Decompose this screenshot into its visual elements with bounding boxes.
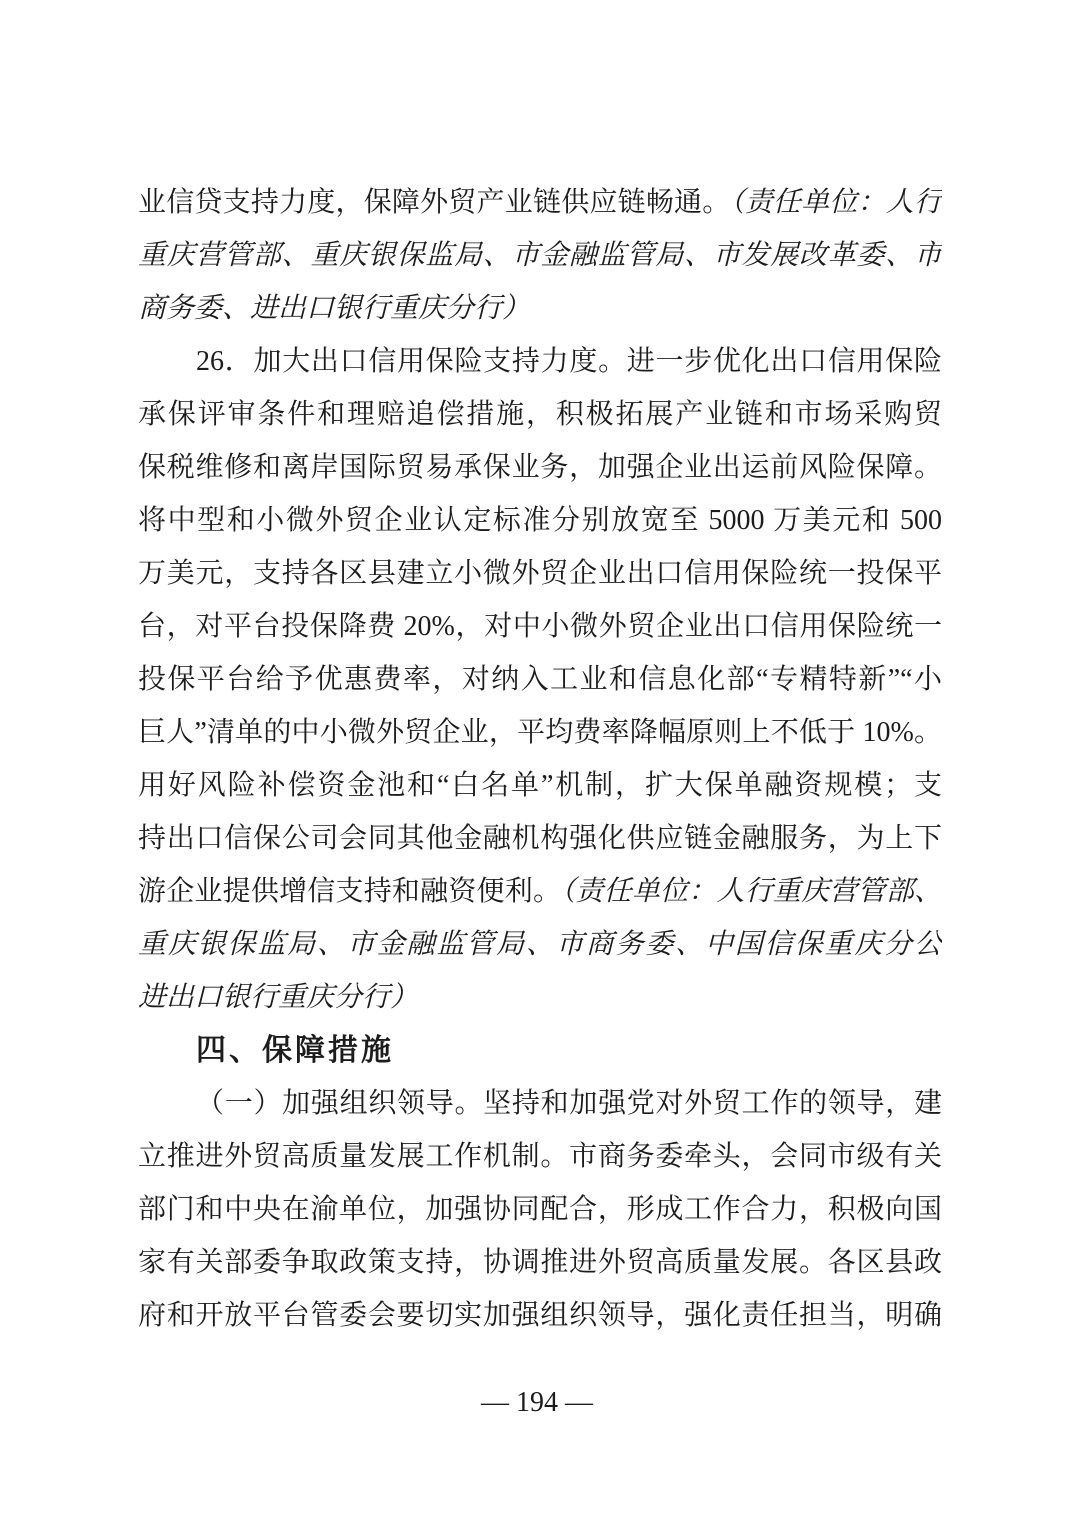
text-segment: 巨人”清单的中小微外贸企业，平均费率降幅原则上不低于 10%。 <box>138 717 942 748</box>
text-segment: 家有关部委争取政策支持，协调推进外贸高质量发展。各区县政 <box>138 1247 942 1278</box>
text-line: 商务委、进出口银行重庆分行） <box>138 282 942 335</box>
text-segment: （一）加强组织领导。坚持和加强党对外贸工作的领导，建 <box>196 1088 942 1119</box>
text-segment: 承保评审条件和理赔追偿措施，积极拓展产业链和市场采购贸易、 <box>138 399 942 441</box>
text-line: 进出口银行重庆分行） <box>138 971 942 1024</box>
text-line: 游企业提供增信支持和融资便利。（责任单位：人行重庆营管部、 <box>138 865 942 918</box>
document-page: 业信贷支持力度，保障外贸产业链供应链畅通。（责任单位：人行重庆营管部、重庆银保监… <box>0 0 1074 1520</box>
text-segment: 重庆银保监局、市金融监管局、市商务委、中国信保重庆分公司、 <box>138 929 942 971</box>
text-segment: 将中型和小微外贸企业认定标准分别放宽至 5000 万美元和 500 <box>138 505 942 536</box>
text-line: 保税维修和离岸国际贸易承保业务，加强企业出运前风险保障。 <box>138 441 942 494</box>
text-line: 用好风险补偿资金池和“白名单”机制，扩大保单融资规模；支 <box>138 759 942 812</box>
text-line: 巨人”清单的中小微外贸企业，平均费率降幅原则上不低于 10%。 <box>138 706 942 759</box>
text-segment: 台，对平台投保降费 20%，对中小微外贸企业出口信用保险统一 <box>138 611 942 642</box>
text-line: 家有关部委争取政策支持，协调推进外贸高质量发展。各区县政 <box>138 1236 942 1289</box>
text-line: 部门和中央在渝单位，加强协同配合，形成工作合力，积极向国 <box>138 1183 942 1236</box>
text-line: 重庆营管部、重庆银保监局、市金融监管局、市发展改革委、市 <box>138 229 942 282</box>
text-line: （一）加强组织领导。坚持和加强党对外贸工作的领导，建 <box>138 1077 942 1130</box>
text-line: 四、保障措施 <box>138 1024 942 1077</box>
text-segment: （责任单位：人行重庆营管部、 <box>561 876 942 907</box>
text-segment: 部门和中央在渝单位，加强协同配合，形成工作合力，积极向国 <box>138 1194 942 1225</box>
text-line: 重庆银保监局、市金融监管局、市商务委、中国信保重庆分公司、 <box>138 918 942 971</box>
text-line: 承保评审条件和理赔追偿措施，积极拓展产业链和市场采购贸易、 <box>138 388 942 441</box>
text-line: 持出口信保公司会同其他金融机构强化供应链金融服务，为上下 <box>138 812 942 865</box>
text-line: 台，对平台投保降费 20%，对中小微外贸企业出口信用保险统一 <box>138 600 942 653</box>
text-segment: 万美元，支持各区县建立小微外贸企业出口信用保险统一投保平 <box>138 558 942 589</box>
text-line: 26．加大出口信用保险支持力度。进一步优化出口信用保险 <box>138 335 942 388</box>
text-segment: 重庆营管部、重庆银保监局、市金融监管局、市发展改革委、市 <box>138 240 942 271</box>
text-line: 府和开放平台管委会要切实加强组织领导，强化责任担当，明确 <box>138 1289 942 1342</box>
text-segment: 26．加大出口信用保险支持力度。进一步优化出口信用保险 <box>196 346 942 377</box>
text-line: 万美元，支持各区县建立小微外贸企业出口信用保险统一投保平 <box>138 547 942 600</box>
text-segment: 持出口信保公司会同其他金融机构强化供应链金融服务，为上下 <box>138 823 942 854</box>
section-heading-text: 四、保障措施 <box>196 1034 394 1067</box>
text-segment: （责任单位：人行 <box>730 187 942 218</box>
text-segment: 游企业提供增信支持和融资便利。 <box>138 876 561 907</box>
text-segment: 立推进外贸高质量发展工作机制。市商务委牵头，会同市级有关 <box>138 1141 942 1172</box>
text-line: 业信贷支持力度，保障外贸产业链供应链畅通。（责任单位：人行 <box>138 176 942 229</box>
text-line: 将中型和小微外贸企业认定标准分别放宽至 5000 万美元和 500 <box>138 494 942 547</box>
text-segment: 进出口银行重庆分行） <box>138 982 418 1013</box>
text-segment: 投保平台给予优惠费率，对纳入工业和信息化部“专精特新”“小 <box>138 664 942 695</box>
text-line: 立推进外贸高质量发展工作机制。市商务委牵头，会同市级有关 <box>138 1130 942 1183</box>
text-block: 业信贷支持力度，保障外贸产业链供应链畅通。（责任单位：人行重庆营管部、重庆银保监… <box>138 176 942 1342</box>
text-segment: 府和开放平台管委会要切实加强组织领导，强化责任担当，明确 <box>138 1300 942 1331</box>
text-segment: 用好风险补偿资金池和“白名单”机制，扩大保单融资规模；支 <box>138 770 942 801</box>
text-line: 投保平台给予优惠费率，对纳入工业和信息化部“专精特新”“小 <box>138 653 942 706</box>
page-number: — 194 — <box>0 1383 1074 1423</box>
text-segment: 业信贷支持力度，保障外贸产业链供应链畅通。 <box>138 187 730 218</box>
text-segment: 保税维修和离岸国际贸易承保业务，加强企业出运前风险保障。 <box>138 452 942 483</box>
text-segment: 商务委、进出口银行重庆分行） <box>138 293 530 324</box>
